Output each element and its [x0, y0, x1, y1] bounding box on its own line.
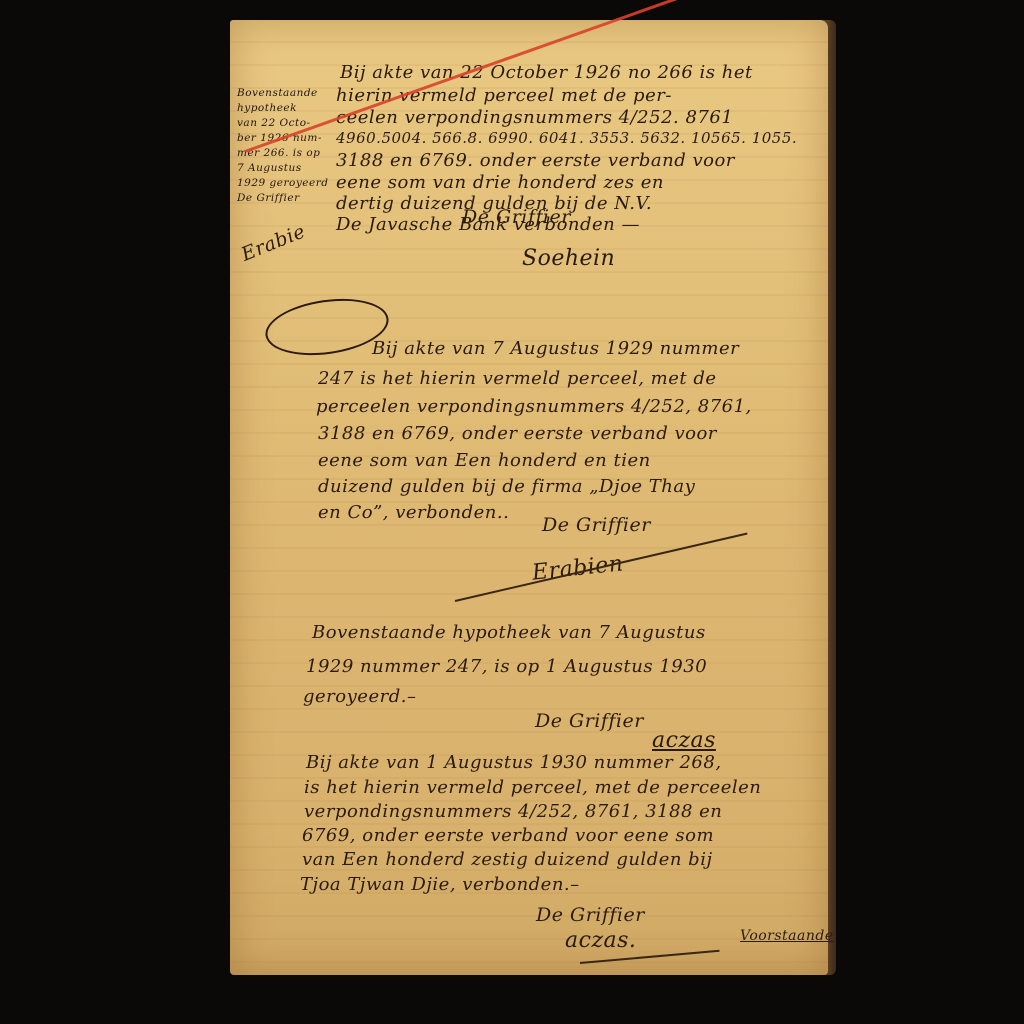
- signature-title: De Griffier: [542, 514, 651, 536]
- entry-4-line: 6769, onder eerste verband voor eene som: [302, 825, 714, 846]
- entry-4-line: van Een honderd zestig duizend gulden bi…: [302, 849, 713, 870]
- entry-1-line: 3188 en 6769. onder eerste verband voor: [336, 150, 735, 171]
- entry-4-line: is het hierin vermeld perceel, met de pe…: [304, 777, 761, 798]
- signature: Soehein: [522, 246, 615, 271]
- entry-2-line: eene som van Een honderd en tien: [318, 450, 651, 471]
- entry-2-line: 3188 en 6769, onder eerste verband voor: [318, 423, 717, 444]
- signature-title: De Griffier: [462, 206, 571, 228]
- entry-1-line: ceelen verpondingsnummers 4/252. 8761: [336, 107, 733, 128]
- entry-1-line: eene som van drie honderd zes en: [336, 172, 664, 193]
- entry-2-line: perceelen verpondingsnummers 4/252, 8761…: [316, 396, 752, 417]
- margin-note: Bovenstaande hypotheek van 22 Octo- ber …: [237, 86, 328, 206]
- entry-1-line: Bij akte van 22 October 1926 no 266 is h…: [340, 62, 753, 83]
- signature-title: De Griffier: [536, 904, 645, 926]
- entry-2-line: en Co”, verbonden..: [318, 502, 509, 523]
- entry-4-line: verpondingsnummers 4/252, 8761, 3188 en: [304, 801, 722, 822]
- entry-3-line: Bovenstaande hypotheek van 7 Augustus: [312, 622, 706, 643]
- entry-2-line: Bij akte van 7 Augustus 1929 nummer: [372, 338, 739, 359]
- entry-3-line: 1929 nummer 247, is op 1 Augustus 1930: [306, 656, 707, 677]
- entry-1-line: 4960.5004. 566.8. 6990. 6041. 3553. 5632…: [336, 129, 797, 147]
- signature-title: De Griffier: [535, 710, 644, 732]
- entry-2-line: duizend gulden bij de firma „Djoe Thay: [318, 476, 695, 497]
- entry-2-line: 247 is het hierin vermeld perceel, met d…: [318, 368, 717, 389]
- entry-4-line: Tjoa Tjwan Djie, verbonden.–: [300, 874, 580, 895]
- entry-3-line: geroyeerd.–: [303, 686, 416, 707]
- entry-4-line: Bij akte van 1 Augustus 1930 nummer 268,: [306, 752, 722, 773]
- trailing-note: Voorstaande: [740, 928, 834, 944]
- signature: aczas: [652, 728, 716, 753]
- signature: aczas.: [565, 928, 636, 953]
